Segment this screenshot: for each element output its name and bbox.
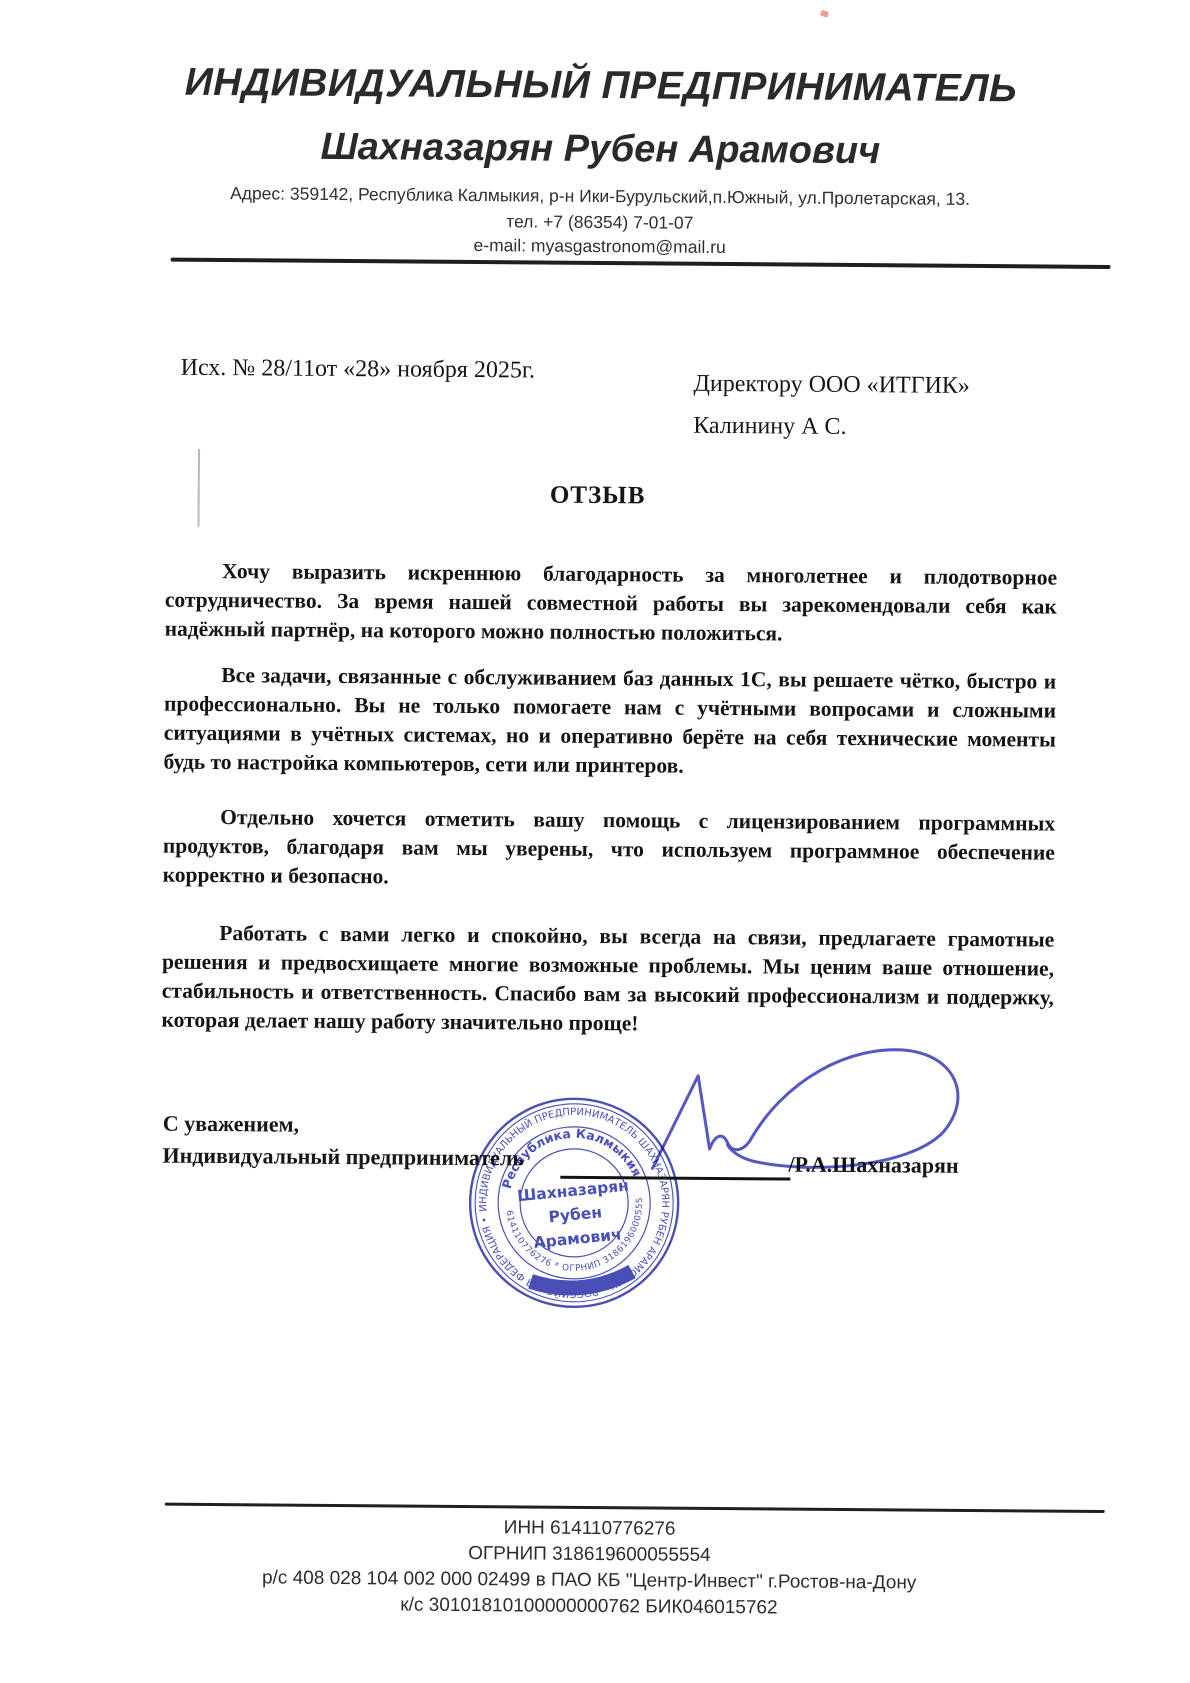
footer-divider [165,1503,1105,1513]
signature-stroke [652,1048,958,1171]
body-paragraph-3: Отдельно хочется отметить вашу помощь с … [163,803,1056,897]
outgoing-reference: Исх. № 28/11от «28» ноября 2025г. [181,355,536,385]
recipient-line1: Директору ООО «ИТГИК» [693,363,970,407]
signature-scribble [557,1020,978,1213]
footer-corr-account: к/с 30101810100000000762 БИК046015762 [0,1591,1184,1622]
closing-regards: С уважением, [163,1111,299,1138]
recipient-block: Директору ООО «ИТГИК» Калинину А С. [693,363,970,449]
document-title: ОТЗЫВ [3,477,1190,514]
body-paragraph-2: Все задачи, связанные с обслуживанием ба… [163,661,1056,784]
letterhead-title-line2: Шахназарян Рубен Арамович [5,123,1190,175]
recipient-line2: Калинину А С. [693,405,970,449]
scan-artifact-red-mark [820,10,830,18]
scan-layer: ИНДИВИДУАЛЬНЫЙ ПРЕДПРИНИМАТЕЛЬ Шахназаря… [0,0,1190,1683]
letter-page: ИНДИВИДУАЛЬНЫЙ ПРЕДПРИНИМАТЕЛЬ Шахназаря… [0,0,1190,1683]
letterhead-title-line1: ИНДИВИДУАЛЬНЫЙ ПРЕДПРИНИМАТЕЛЬ [6,59,1190,112]
letterhead-address: Адрес: 359142, Республика Калмыкия, р-н … [5,181,1190,211]
body-paragraph-1: Хочу выразить искреннюю благодарность за… [165,557,1058,651]
stamp-name-line3: Арамович [533,1225,623,1251]
